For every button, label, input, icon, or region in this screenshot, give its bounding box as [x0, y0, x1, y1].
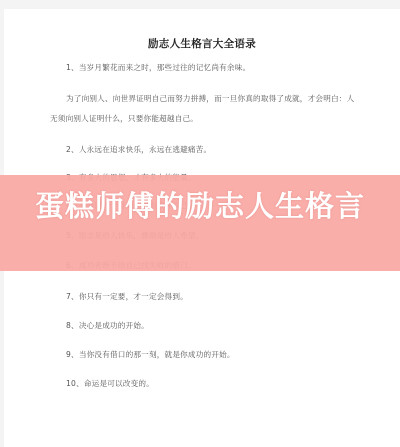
- quote-line: 为了向别人、向世界证明自己而努力拼搏，而一旦你真的取得了成就，才会明白：人: [66, 93, 354, 104]
- document-title: 励志人生格言大全语录: [4, 36, 400, 51]
- quote-line: 8、决心是成功的开始。: [66, 320, 149, 331]
- quote-line: 10、命运是可以改变的。: [66, 378, 154, 389]
- banner-title: 蛋糕师傅的励志人生格言: [20, 188, 380, 224]
- quote-line: 9、当你没有借口的那一刻，就是你成功的开始。: [66, 349, 235, 360]
- quote-line: 无须向别人证明什么，只要你能超越自己。: [50, 113, 198, 124]
- quote-line: 7、你只有一定要，才一定会得到。: [66, 291, 188, 302]
- quote-line: 2、人永远在追求快乐，永远在逃避痛苦。: [66, 144, 211, 155]
- quote-line: 1、当岁月繁花而来之时，那些过往的记忆尚有余味。: [66, 62, 250, 73]
